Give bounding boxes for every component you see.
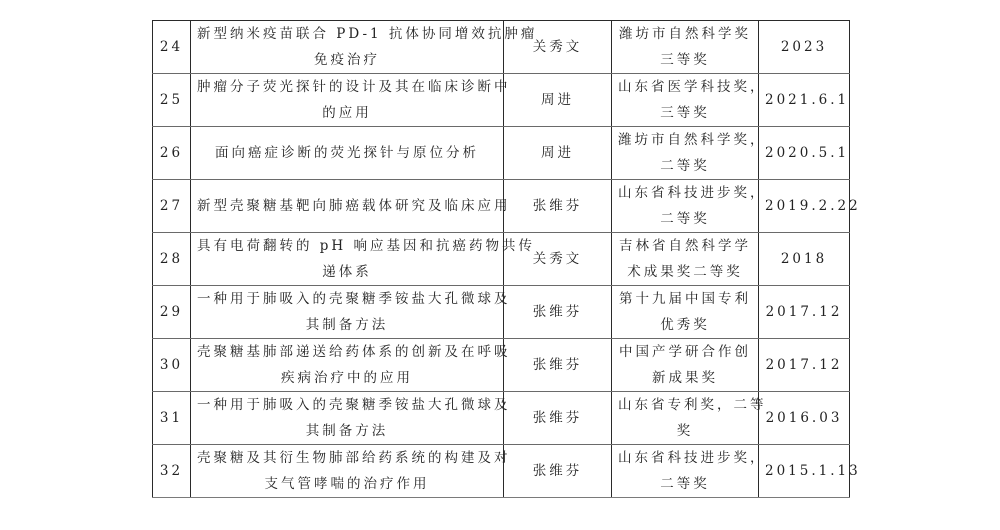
award-name-line: 三等奖 xyxy=(618,100,752,126)
table-row: 26 面向癌症诊断的荧光探针与原位分析 周进 潍坊市自然科学奖，二等奖 2020… xyxy=(153,127,850,180)
award-name-line: 潍坊市自然科学奖， xyxy=(618,127,752,153)
award-name: 潍坊市自然科学奖，二等奖 xyxy=(612,127,759,180)
award-date: 2019.2.22 xyxy=(759,180,850,233)
project-title-line: 肿瘤分子荧光探针的设计及其在临床诊断中 xyxy=(197,74,497,100)
award-name-line: 第十九届中国专利 xyxy=(618,286,752,312)
row-number: 29 xyxy=(153,286,191,339)
person-name: 张维芬 xyxy=(504,392,612,445)
project-title: 肿瘤分子荧光探针的设计及其在临床诊断中的应用 xyxy=(191,74,504,127)
award-name: 山东省科技进步奖，二等奖 xyxy=(612,180,759,233)
row-number: 28 xyxy=(153,233,191,286)
person-name: 张维芬 xyxy=(504,180,612,233)
project-title-line: 壳聚糖及其衍生物肺部给药系统的构建及对 xyxy=(197,445,497,471)
project-title-line: 其制备方法 xyxy=(197,312,497,338)
award-name-line: 优秀奖 xyxy=(618,312,752,338)
award-name: 山东省专利奖，二等奖 xyxy=(612,392,759,445)
row-number: 24 xyxy=(153,21,191,74)
award-name-line: 山东省医学科技奖， xyxy=(618,74,752,100)
award-name-line: 二等奖 xyxy=(618,471,752,497)
award-name-line: 奖 xyxy=(618,418,752,444)
project-title-line: 其制备方法 xyxy=(197,418,497,444)
row-number: 31 xyxy=(153,392,191,445)
award-date: 2023 xyxy=(759,21,850,74)
person-name: 周进 xyxy=(504,74,612,127)
person-name: 张维芬 xyxy=(504,286,612,339)
project-title-line: 免疫治疗 xyxy=(197,47,497,73)
project-title: 新型纳米疫苗联合 PD-1 抗体协同增效抗肿瘤免疫治疗 xyxy=(191,21,504,74)
award-name: 山东省科技进步奖，二等奖 xyxy=(612,445,759,498)
project-title-line: 递体系 xyxy=(197,259,497,285)
table-row: 24 新型纳米疫苗联合 PD-1 抗体协同增效抗肿瘤免疫治疗 关秀文 潍坊市自然… xyxy=(153,21,850,74)
table-row: 29 一种用于肺吸入的壳聚糖季铵盐大孔微球及其制备方法 张维芬 第十九届中国专利… xyxy=(153,286,850,339)
project-title-line: 面向癌症诊断的荧光探针与原位分析 xyxy=(197,140,497,166)
award-name-line: 山东省科技进步奖， xyxy=(618,445,752,471)
project-title-line: 疾病治疗中的应用 xyxy=(197,365,497,391)
project-title-line: 壳聚糖基肺部递送给药体系的创新及在呼吸 xyxy=(197,339,497,365)
award-name: 吉林省自然科学学术成果奖二等奖 xyxy=(612,233,759,286)
award-name-line: 新成果奖 xyxy=(618,365,752,391)
awards-table-body: 24 新型纳米疫苗联合 PD-1 抗体协同增效抗肿瘤免疫治疗 关秀文 潍坊市自然… xyxy=(153,21,850,498)
table-row: 30 壳聚糖基肺部递送给药体系的创新及在呼吸疾病治疗中的应用 张维芬 中国产学研… xyxy=(153,339,850,392)
award-name-line: 三等奖 xyxy=(618,47,752,73)
table-row: 27 新型壳聚糖基靶向肺癌载体研究及临床应用 张维芬 山东省科技进步奖，二等奖 … xyxy=(153,180,850,233)
project-title-line: 的应用 xyxy=(197,100,497,126)
project-title: 面向癌症诊断的荧光探针与原位分析 xyxy=(191,127,504,180)
table-row: 32 壳聚糖及其衍生物肺部给药系统的构建及对支气管哮喘的治疗作用 张维芬 山东省… xyxy=(153,445,850,498)
awards-table: 24 新型纳米疫苗联合 PD-1 抗体协同增效抗肿瘤免疫治疗 关秀文 潍坊市自然… xyxy=(152,20,850,498)
award-name-line: 山东省专利奖，二等 xyxy=(618,392,752,418)
award-date: 2016.03 xyxy=(759,392,850,445)
award-date: 2017.12 xyxy=(759,286,850,339)
table-row: 25 肿瘤分子荧光探针的设计及其在临床诊断中的应用 周进 山东省医学科技奖，三等… xyxy=(153,74,850,127)
row-number: 27 xyxy=(153,180,191,233)
award-name: 山东省医学科技奖，三等奖 xyxy=(612,74,759,127)
person-name: 张维芬 xyxy=(504,445,612,498)
award-name: 第十九届中国专利优秀奖 xyxy=(612,286,759,339)
award-date: 2018 xyxy=(759,233,850,286)
table-row: 31 一种用于肺吸入的壳聚糖季铵盐大孔微球及其制备方法 张维芬 山东省专利奖，二… xyxy=(153,392,850,445)
project-title-line: 一种用于肺吸入的壳聚糖季铵盐大孔微球及 xyxy=(197,286,497,312)
row-number: 25 xyxy=(153,74,191,127)
project-title-line: 支气管哮喘的治疗作用 xyxy=(197,471,497,497)
award-date: 2021.6.1 xyxy=(759,74,850,127)
project-title: 新型壳聚糖基靶向肺癌载体研究及临床应用 xyxy=(191,180,504,233)
project-title-line: 具有电荷翻转的 pH 响应基因和抗癌药物共传 xyxy=(197,233,497,259)
project-title-line: 新型纳米疫苗联合 PD-1 抗体协同增效抗肿瘤 xyxy=(197,21,497,47)
row-number: 30 xyxy=(153,339,191,392)
award-name-line: 中国产学研合作创 xyxy=(618,339,752,365)
project-title-line: 新型壳聚糖基靶向肺癌载体研究及临床应用 xyxy=(197,193,497,219)
award-name-line: 潍坊市自然科学奖 xyxy=(618,21,752,47)
award-name-line: 术成果奖二等奖 xyxy=(618,259,752,285)
project-title: 具有电荷翻转的 pH 响应基因和抗癌药物共传递体系 xyxy=(191,233,504,286)
person-name: 张维芬 xyxy=(504,339,612,392)
project-title-line: 一种用于肺吸入的壳聚糖季铵盐大孔微球及 xyxy=(197,392,497,418)
project-title: 壳聚糖及其衍生物肺部给药系统的构建及对支气管哮喘的治疗作用 xyxy=(191,445,504,498)
award-name-line: 山东省科技进步奖， xyxy=(618,180,752,206)
award-date: 2015.1.13 xyxy=(759,445,850,498)
award-name-line: 二等奖 xyxy=(618,153,752,179)
table-row: 28 具有电荷翻转的 pH 响应基因和抗癌药物共传递体系 关秀文 吉林省自然科学… xyxy=(153,233,850,286)
award-name: 潍坊市自然科学奖三等奖 xyxy=(612,21,759,74)
project-title: 壳聚糖基肺部递送给药体系的创新及在呼吸疾病治疗中的应用 xyxy=(191,339,504,392)
person-name: 周进 xyxy=(504,127,612,180)
row-number: 32 xyxy=(153,445,191,498)
award-date: 2020.5.1 xyxy=(759,127,850,180)
row-number: 26 xyxy=(153,127,191,180)
award-name: 中国产学研合作创新成果奖 xyxy=(612,339,759,392)
project-title: 一种用于肺吸入的壳聚糖季铵盐大孔微球及其制备方法 xyxy=(191,392,504,445)
award-name-line: 二等奖 xyxy=(618,206,752,232)
award-date: 2017.12 xyxy=(759,339,850,392)
award-name-line: 吉林省自然科学学 xyxy=(618,233,752,259)
project-title: 一种用于肺吸入的壳聚糖季铵盐大孔微球及其制备方法 xyxy=(191,286,504,339)
